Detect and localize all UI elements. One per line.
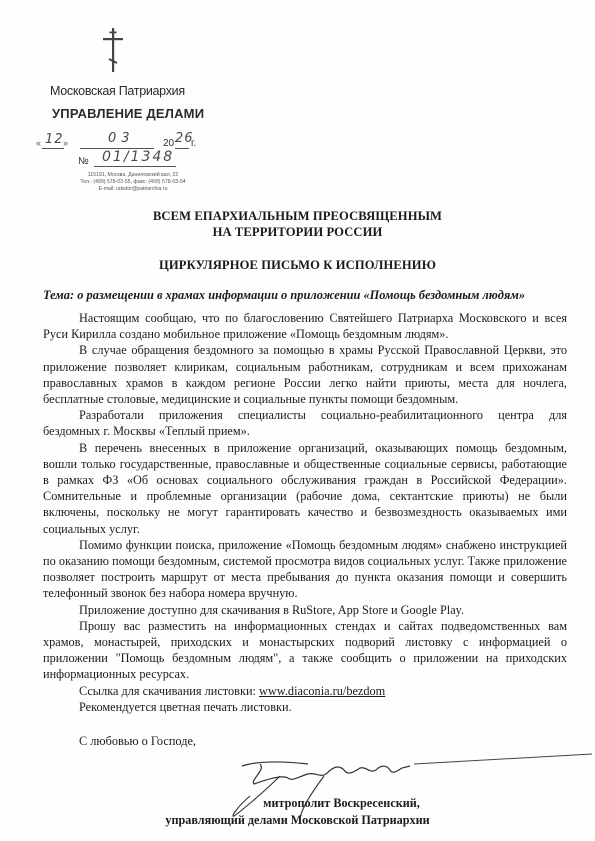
document-type-heading: ЦИРКУЛЯРНОЕ ПИСЬМО К ИСПОЛНЕНИЮ [0,258,595,273]
print-note: Рекомендуется цветная печать листовки. [43,699,567,715]
date-year-mark: г. [191,138,196,149]
paragraph: В перечень внесенных в приложение органи… [43,440,567,537]
date-open-quote: « [36,138,41,148]
date-close-quote: » [63,138,68,148]
paragraph: Прошу вас разместить на информационных с… [43,618,567,683]
department-name: УПРАВЛЕНИЕ ДЕЛАМИ [52,106,204,121]
letter-page: Московская Патриархия УПРАВЛЕНИЕ ДЕЛАМИ … [0,0,595,841]
contact-phone: Тел.: (499) 578-03-55, факс: (499) 578-0… [68,179,198,186]
paragraph: Приложение доступно для скачивания в RuS… [43,602,567,618]
day-underline [42,148,64,149]
addressee-line-1: ВСЕМ ЕПАРХИАЛЬНЫМ ПРЕОСВЯЩЕННЫМ [0,208,595,224]
subject-line: Тема: о размещении в храмах информации о… [43,288,583,303]
addressee-heading: ВСЕМ ЕПАРХИАЛЬНЫМ ПРЕОСВЯЩЕННЫМ НА ТЕРРИ… [0,208,595,240]
paragraph: Разработали приложения специалисты социа… [43,407,567,439]
date-month: 03 [108,131,135,146]
number-label: № [78,156,89,167]
download-line: Ссылка для скачивания листовки: www.diac… [43,683,567,699]
download-link[interactable]: www.diaconia.ru/bezdom [259,684,385,698]
number-value: 01/1348 [102,149,174,165]
paragraph: В случае обращения бездомного за помощью… [43,342,567,407]
closing-phrase: С любовью о Господе, [79,734,196,749]
contact-email: E-mail: udsdor@patriarchia.ru [68,186,198,193]
addressee-line-2: НА ТЕРРИТОРИИ РОССИИ [0,224,595,240]
date-year-prefix: 20 [163,138,174,149]
number-underline [94,166,176,167]
signer-block: митрополит Воскресенский, управляющий де… [0,795,595,829]
paragraph: Настоящим сообщаю, что по благословению … [43,310,567,342]
date-day: 12 [45,132,64,147]
contact-info: 115191, Москва, Даниловский вал, 22 Тел.… [68,172,198,193]
document-number: № 01/1348 [72,149,212,171]
organization-name: Московская Патриархия [50,84,180,98]
contact-address: 115191, Москва, Даниловский вал, 22 [68,172,198,179]
signer-title: митрополит Воскресенский, [0,795,595,812]
download-label: Ссылка для скачивания листовки: [79,684,259,698]
letter-body: Настоящим сообщаю, что по благословению … [43,310,567,715]
orthodox-cross-icon [101,28,125,72]
paragraph: Помимо функции поиска, приложение «Помощ… [43,537,567,602]
signer-position: управляющий делами Московской Патриархии [0,812,595,829]
